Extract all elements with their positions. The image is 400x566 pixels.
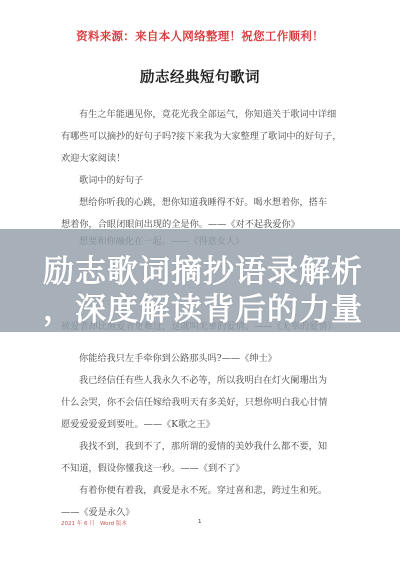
- section-heading: 歌词中的好句子: [79, 172, 143, 186]
- paragraph-line: 有着你便有着我，真爱是永不死。穿过喜和悲，跨过生和死。: [79, 482, 327, 496]
- source-note: 资料来源：来自本人网络整理！祝您工作顺利！: [0, 28, 400, 44]
- paragraph-line: 你能给我只左手牵你到公路那头吗?——《绅士》: [79, 350, 277, 364]
- paragraph-line: 欢迎大家阅读！: [61, 150, 125, 164]
- paragraph-line: 不知道，假设你懂我这一秒。——《到不了》: [61, 460, 245, 474]
- paragraph-line: 愿爱爱爱爱到要吐。——《K歌之王》: [61, 416, 215, 430]
- paragraph-line: ——《爱是永久》: [61, 504, 135, 518]
- paragraph-line: 我找不到，我到不了，那所谓的爱情的美妙我什么都不要，知: [79, 438, 327, 452]
- headline-line-2: ，深度解读背后的力量: [6, 284, 400, 329]
- page-number: 1: [198, 519, 202, 525]
- document-title: 励志经典短句歌词: [0, 66, 400, 87]
- paragraph-line: 什么会哭，你不会信任嫁给我明天有多美好，只想你明白我心甘情: [61, 394, 327, 408]
- footer-version: Word 版本: [100, 519, 127, 527]
- paragraph-line: 我已经信任有些人我永久不必等，所以我明白在灯火阑珊出为: [79, 372, 327, 386]
- paragraph-line: 有哪些可以摘抄的好句子吗?接下来我为大家整理了歌词中的好句子，: [61, 128, 342, 142]
- paragraph-line: 想给你听我的心跳，想你知道我睡得不好。喝水想着你，搭车: [79, 194, 327, 208]
- paragraph-line: 想着你，合眼闭眼间出现的全是你。——《对不起我爱你》: [61, 216, 300, 230]
- paragraph-line: 有生之年能遇见你，竟花光我全部运气，你知道关于歌词中详细: [79, 106, 336, 120]
- footer-date: 2021 年 6 月: [61, 519, 95, 527]
